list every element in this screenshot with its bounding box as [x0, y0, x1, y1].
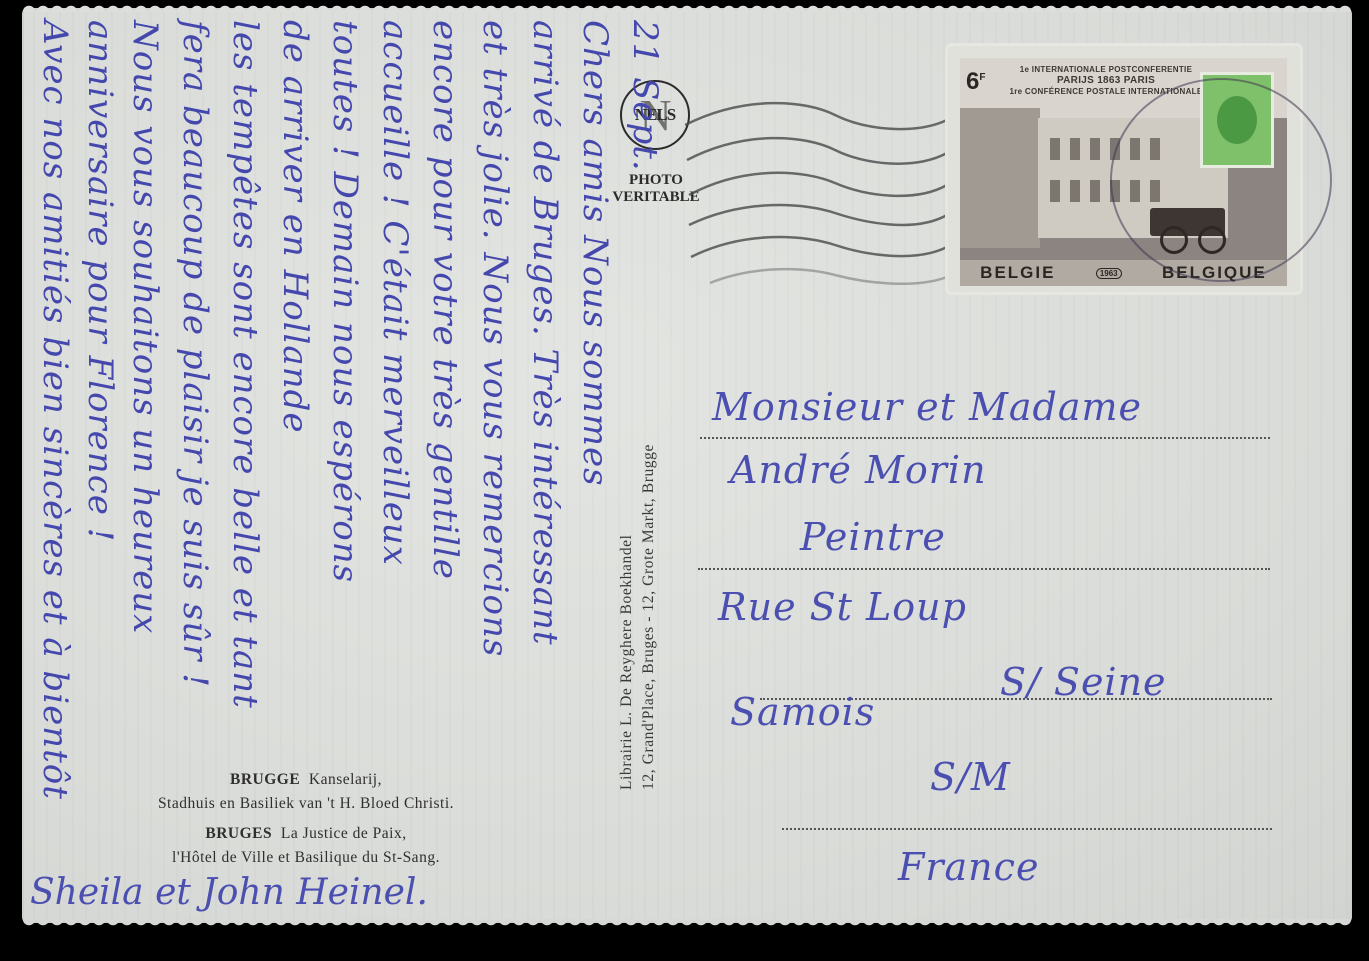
- stamp-denomination: 6F: [966, 68, 985, 96]
- address-department: S/M: [930, 755, 1011, 799]
- message-line: anniversaire pour Florence !: [80, 20, 120, 542]
- handwritten-message: 21 Sept. Chers amis Nous sommes arrivé d…: [45, 20, 665, 880]
- address-name: André Morin: [730, 448, 987, 492]
- address-street: Rue St Loup: [718, 585, 967, 629]
- message-line: fera beaucoup de plaisir je suis sûr !: [175, 20, 215, 688]
- address-line: [698, 568, 1270, 570]
- address-town-suffix: S/ Seine: [1000, 660, 1167, 704]
- message-date: 21 Sept.: [625, 20, 665, 172]
- message-line: et très jolie. Nous vous remercions: [475, 20, 515, 657]
- message-line: de arriver en Hollande: [275, 20, 315, 433]
- message-line: toutes ! Demain nous espérons: [325, 20, 365, 583]
- circular-postmark: [1110, 78, 1332, 282]
- scalloped-edge-top: [22, 4, 1352, 12]
- message-line: encore pour votre très gentille: [425, 20, 465, 580]
- address-town: Samois: [730, 690, 875, 734]
- address-line: [700, 437, 1270, 439]
- address-occupation: Peintre: [800, 515, 946, 559]
- scalloped-edge-bottom: [22, 919, 1352, 927]
- address-line: [782, 828, 1272, 830]
- message-line: Avec nos amitiés bien sincères et à bien…: [35, 20, 75, 800]
- message-line: Chers amis Nous sommes: [575, 20, 615, 487]
- message-line: accueille ! C'était merveilleux: [375, 20, 415, 566]
- address-recipient: Monsieur et Madame: [712, 385, 1142, 429]
- message-line: arrivé de Bruges. Très intéressant: [525, 20, 565, 646]
- signature: Sheila et John Heinel.: [30, 872, 428, 913]
- message-line: les tempêtes sont encore belle et tant: [225, 20, 265, 709]
- address-country: France: [898, 845, 1039, 889]
- message-line: Nous vous souhaitons un heureux: [125, 20, 165, 634]
- wavy-cancellation-icon: [685, 95, 950, 285]
